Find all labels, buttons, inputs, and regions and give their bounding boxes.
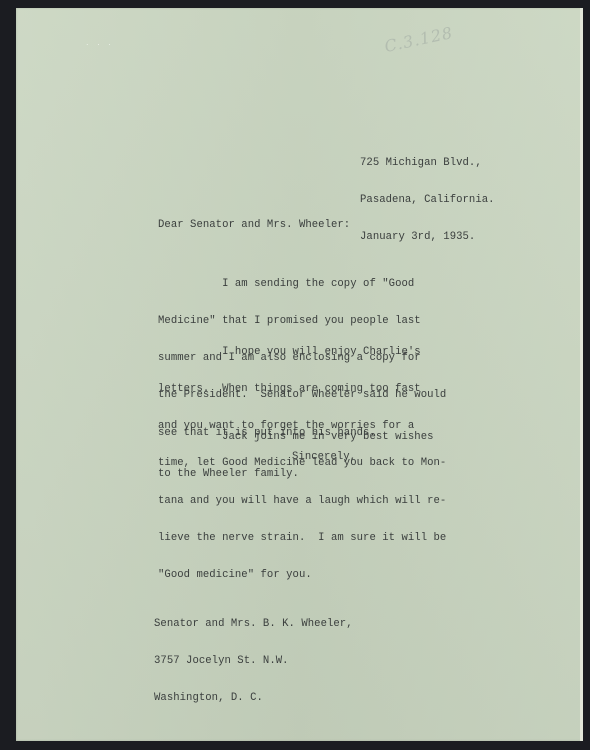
closing: Sincerely, xyxy=(292,451,356,463)
text-line: letters. When things are coming too fast xyxy=(158,383,446,395)
text-line: "Good medicine" for you. xyxy=(158,569,446,581)
salutation: Dear Senator and Mrs. Wheeler: xyxy=(158,219,350,231)
recipient-name: Senator and Mrs. B. K. Wheeler, xyxy=(154,618,353,630)
text-line: to the Wheeler family. xyxy=(158,468,434,480)
archive-pencil-mark: C.3.128 xyxy=(383,23,455,56)
sender-address: 725 Michigan Blvd., Pasadena, California… xyxy=(360,132,495,268)
recipient-address: Senator and Mrs. B. K. Wheeler, 3757 Joc… xyxy=(154,593,353,729)
text-line: lieve the nerve strain. I am sure it wil… xyxy=(158,532,446,544)
sender-street: 725 Michigan Blvd., xyxy=(360,157,495,169)
margin-specks: . . . xyxy=(86,38,114,47)
letter-page: . . . C.3.128 725 Michigan Blvd., Pasade… xyxy=(16,8,583,741)
text-line: I hope you will enjoy Charlie's xyxy=(158,346,446,358)
text-line: Jack joins me in very best wishes xyxy=(158,431,434,443)
recipient-city: Washington, D. C. xyxy=(154,692,353,704)
text-line: I am sending the copy of "Good xyxy=(158,278,446,290)
sender-city: Pasadena, California. xyxy=(360,194,495,206)
recipient-street: 3757 Jocelyn St. N.W. xyxy=(154,655,353,667)
letter-date: January 3rd, 1935. xyxy=(360,231,495,243)
